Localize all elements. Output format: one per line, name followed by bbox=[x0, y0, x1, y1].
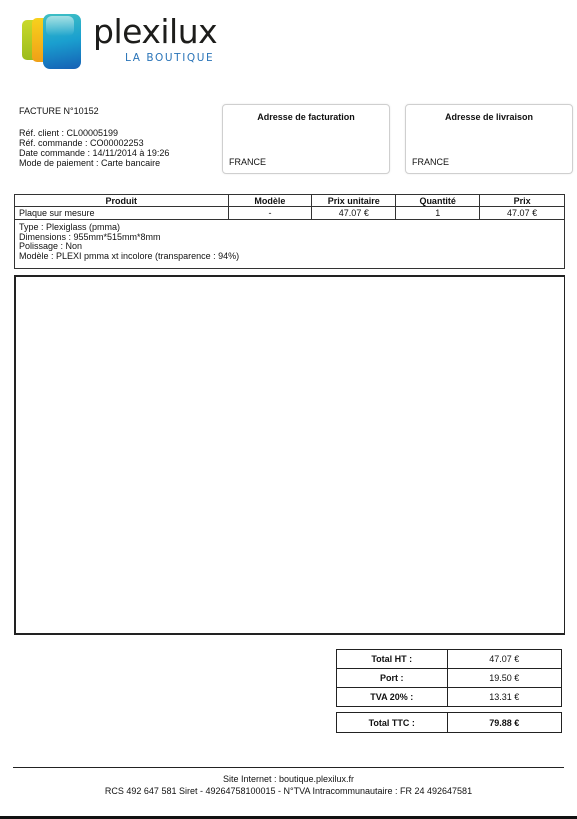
invoice-info: FACTURE N°10152 Réf. client : CL00005199… bbox=[19, 106, 169, 168]
detail-model: Modèle : PLEXI pmma xt incolore (transpa… bbox=[19, 252, 560, 262]
footer-website: Site Internet : boutique.plexilux.fr bbox=[0, 773, 577, 785]
empty-items-frame bbox=[14, 275, 565, 635]
header-product: Produit bbox=[15, 195, 229, 207]
billing-address-box: Adresse de facturation FRANCE bbox=[222, 104, 390, 174]
total-ttc-label: Total TTC : bbox=[337, 713, 448, 733]
logo-tiles-icon bbox=[20, 14, 88, 70]
table-row-details: Type : Plexiglass (pmma) Dimensions : 95… bbox=[15, 220, 565, 269]
logo-brand-name: plexilux bbox=[93, 12, 217, 51]
total-ttc-value: 79.88 € bbox=[447, 713, 562, 733]
order-date: Date commande : 14/11/2014 à 19:26 bbox=[19, 148, 169, 158]
header-quantity: Quantité bbox=[396, 195, 480, 207]
header-unit-price: Prix unitaire bbox=[312, 195, 396, 207]
detail-dimensions: Dimensions : 955mm*515mm*8mm bbox=[19, 233, 560, 243]
totals-row: Port : 19.50 € bbox=[337, 669, 562, 688]
totals-table: Total HT : 47.07 € Port : 19.50 € TVA 20… bbox=[336, 649, 562, 707]
products-table: Produit Modèle Prix unitaire Quantité Pr… bbox=[14, 194, 565, 269]
product-details-cell: Type : Plexiglass (pmma) Dimensions : 95… bbox=[15, 220, 565, 269]
footer: Site Internet : boutique.plexilux.fr RCS… bbox=[0, 773, 577, 797]
payment-mode: Mode de paiement : Carte bancaire bbox=[19, 158, 169, 168]
total-ht-value: 47.07 € bbox=[447, 650, 562, 669]
table-row: Plaque sur mesure - 47.07 € 1 47.07 € bbox=[15, 207, 565, 220]
logo-tile-blue bbox=[43, 14, 81, 69]
cell-product: Plaque sur mesure bbox=[15, 207, 229, 220]
order-ref: Réf. commande : CO00002253 bbox=[19, 138, 169, 148]
invoice-number: FACTURE N°10152 bbox=[19, 106, 169, 116]
total-ht-label: Total HT : bbox=[337, 650, 448, 669]
totals-row: TVA 20% : 13.31 € bbox=[337, 688, 562, 707]
footer-legal: RCS 492 647 581 Siret - 49264758100015 -… bbox=[0, 785, 577, 797]
footer-divider bbox=[13, 767, 564, 768]
logo-tagline: LA BOUTIQUE bbox=[125, 52, 214, 64]
products-table-header: Produit Modèle Prix unitaire Quantité Pr… bbox=[15, 195, 565, 207]
totals-row: Total HT : 47.07 € bbox=[337, 650, 562, 669]
billing-address-country: FRANCE bbox=[229, 157, 266, 167]
vat-label: TVA 20% : bbox=[337, 688, 448, 707]
total-ttc-table: Total TTC : 79.88 € bbox=[336, 712, 562, 733]
header-price: Prix bbox=[480, 195, 565, 207]
plexilux-logo: plexilux LA BOUTIQUE bbox=[20, 12, 220, 72]
shipping-label: Port : bbox=[337, 669, 448, 688]
cell-model: - bbox=[228, 207, 312, 220]
shipping-address-box: Adresse de livraison FRANCE bbox=[405, 104, 573, 174]
cell-unit-price: 47.07 € bbox=[312, 207, 396, 220]
cell-quantity: 1 bbox=[396, 207, 480, 220]
shipping-address-title: Adresse de livraison bbox=[406, 112, 572, 122]
billing-address-title: Adresse de facturation bbox=[223, 112, 389, 122]
shipping-address-country: FRANCE bbox=[412, 157, 449, 167]
total-ttc-row: Total TTC : 79.88 € bbox=[337, 713, 562, 733]
vat-value: 13.31 € bbox=[447, 688, 562, 707]
cell-price: 47.07 € bbox=[480, 207, 565, 220]
shipping-value: 19.50 € bbox=[447, 669, 562, 688]
client-ref: Réf. client : CL00005199 bbox=[19, 128, 169, 138]
header-model: Modèle bbox=[228, 195, 312, 207]
